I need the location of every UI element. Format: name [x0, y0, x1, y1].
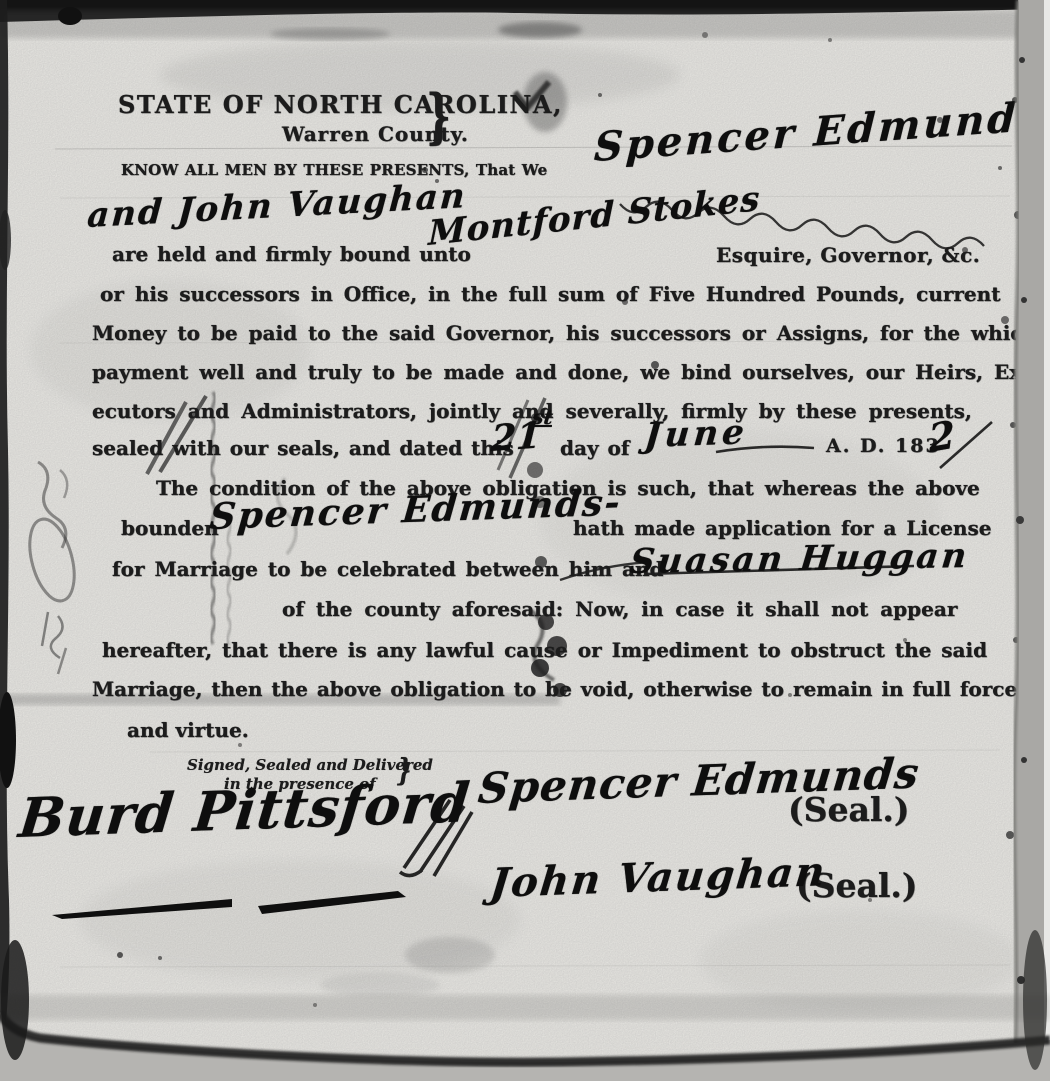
ad-label: A. D. 183 — [826, 435, 941, 457]
witness-caption-line-1: Signed, Sealed and Delivered — [187, 756, 433, 774]
obligation-line-1: or his successors in Office, in the full… — [100, 282, 1000, 306]
flourish-bride-leadin — [560, 562, 648, 580]
principal-name-handwritten: Spencer Edmunds — [593, 92, 1045, 171]
stains-layer — [0, 0, 1050, 1081]
cosigner-signature: John Vaughan — [488, 848, 829, 907]
witness-caption-brace: } — [397, 752, 411, 788]
scan-rule-lines — [55, 146, 1012, 967]
right-torn-edge — [1014, 0, 1050, 1081]
condition-line-3: for Marriage to be celebrated between hi… — [112, 557, 664, 581]
condition-line-1: The condition of the above obligation is… — [156, 476, 980, 500]
witness-signature: Burd Pittsford — [16, 770, 473, 850]
flourish-bride-strike — [645, 566, 914, 574]
groom-name-handwritten: Spencer Edmunds- — [208, 481, 623, 538]
condition-line-7: and virtue. — [127, 718, 249, 742]
witness-underline-flourish — [52, 891, 406, 919]
bound-unto-line: are held and firmly bound unto — [112, 242, 471, 266]
cosigner-name-handwritten: and John Vaughan — [86, 176, 468, 236]
ink-marks-layer — [0, 0, 1050, 1081]
obligation-line-2: Money to be paid to the said Governor, h… — [92, 321, 1037, 345]
governor-name-handwritten: Montford Stokes — [428, 179, 761, 254]
obligation-line-4: ecutors and Administrators, jointly and … — [92, 399, 972, 423]
text-layer: STATE OF NORTH CAROLINA, } Warren County… — [0, 0, 1050, 1081]
condition-line-6: Marriage, then the above obligation to b… — [92, 677, 1017, 701]
torn-edges-layer — [0, 0, 1050, 1081]
bride-name-handwritten: Suasan Huggan — [628, 536, 971, 582]
day-handwritten: 21 — [490, 414, 542, 460]
paper-mottling — [0, 40, 1020, 1010]
condition-line-5: hereafter, that there is any lawful caus… — [102, 638, 987, 662]
obligation-line-3: payment well and truly to be made and do… — [92, 360, 1029, 384]
day-ordinal-handwritten: st — [531, 405, 554, 429]
seal-label-2: (Seal.) — [796, 866, 917, 905]
bleed-through-marks — [147, 392, 545, 645]
obligation-line-5: sealed with our seals, and dated this — [92, 436, 514, 460]
top-torn-edge — [0, 0, 1050, 40]
margin-docket-scribble — [22, 462, 82, 674]
day-of-label: day of — [560, 436, 629, 460]
month-handwritten: June — [643, 412, 750, 456]
condition-line-2: hath made application for a License — [573, 516, 991, 540]
scanned-document: STATE OF NORTH CAROLINA, } Warren County… — [0, 0, 1050, 1081]
ink-blot-cluster — [515, 82, 567, 697]
witness-caption-line-2: in the presence of — [224, 775, 376, 793]
groom-signature: Spencer Edmunds — [476, 748, 922, 813]
county-title: Warren County. — [282, 122, 469, 146]
flourish-year-slash — [940, 422, 992, 468]
year-digit-handwritten: 2 — [928, 411, 956, 461]
condition-line-4: of the county aforesaid: Now, in case it… — [282, 597, 957, 621]
witness-paraph — [400, 800, 472, 876]
speck-dots — [117, 32, 1022, 1007]
header-brace: } — [426, 82, 451, 151]
bounden-label: bounden — [121, 516, 219, 540]
seal-label-1: (Seal.) — [788, 790, 909, 829]
state-title: STATE OF NORTH CAROLINA, — [118, 90, 563, 119]
bottom-torn-edge — [0, 930, 1050, 1081]
esquire-line: Esquire, Governor, &c. — [716, 243, 980, 267]
flourish-under-principal — [620, 202, 984, 249]
left-torn-edge — [0, 0, 16, 1081]
know-all-line: KNOW ALL MEN BY THESE PRESENTS, That We — [121, 161, 547, 179]
flourish-after-month — [716, 447, 814, 452]
film-grain — [0, 0, 1050, 1081]
